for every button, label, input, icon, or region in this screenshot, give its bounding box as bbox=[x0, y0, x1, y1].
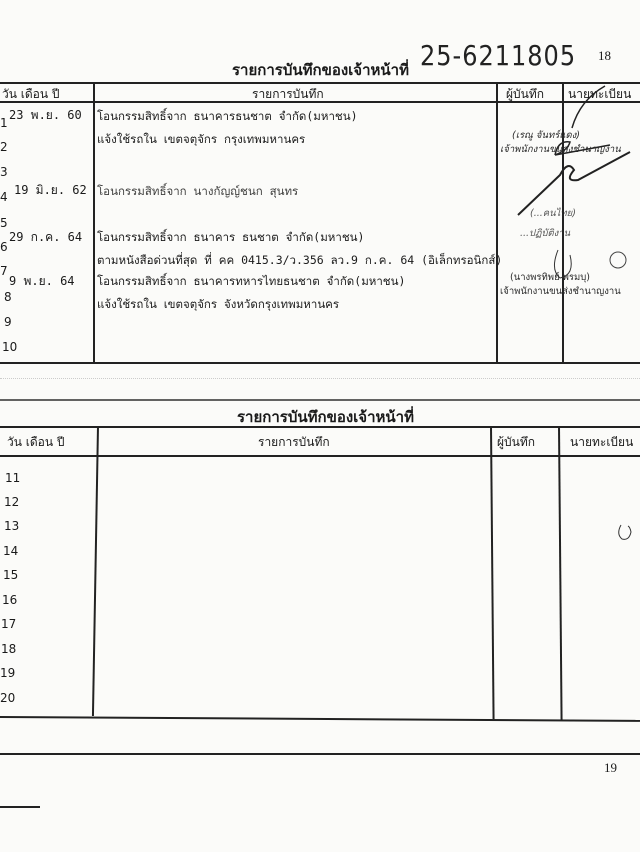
page-number: 18 bbox=[598, 48, 611, 64]
entry-line: โอนกรรมสิทธิ์จาก นางกัญญ์ชนก สุนทร bbox=[97, 183, 298, 201]
column-divider bbox=[558, 426, 562, 720]
row-number: 2 bbox=[0, 140, 8, 154]
signer-position: เจ้าพนักงานขนส่งชำนาญงาน bbox=[500, 142, 621, 157]
entry-date: 19 มิ.ย. 62 bbox=[14, 181, 87, 200]
row-number: 19 bbox=[0, 666, 15, 680]
row-number: 17 bbox=[1, 617, 16, 631]
pen-mark bbox=[615, 522, 635, 544]
handwritten-signatures bbox=[480, 70, 640, 300]
row-number: 14 bbox=[3, 544, 18, 558]
column-divider bbox=[92, 426, 99, 716]
column-divider bbox=[490, 426, 494, 719]
entry-date: 29 ก.ค. 64 bbox=[9, 228, 82, 247]
header-registrar: นายทะเบียน bbox=[570, 433, 633, 452]
handwritten-registration-number: 25-6211805 bbox=[420, 40, 576, 72]
entry-line: โอนกรรมสิทธิ์จาก ธนาคารธนชาต จำกัด(มหาชน… bbox=[97, 108, 358, 126]
header-entry: รายการบันทึก bbox=[252, 85, 324, 104]
entry-line: แจ้งใช้รถใน เขตจตุจักร จังหวัดกรุงเทพมหา… bbox=[97, 296, 339, 314]
scan-artifact bbox=[0, 378, 640, 379]
scan-artifact bbox=[0, 806, 40, 808]
row-number: 15 bbox=[3, 568, 18, 582]
entry-line: แจ้งใช้รถใน เขตจตุจักร กรุงเทพมหานคร bbox=[97, 131, 305, 149]
page-number: 19 bbox=[604, 760, 617, 776]
row-number: 18 bbox=[1, 642, 16, 656]
entry-line: ตามหนังสือด่วนที่สุด ที่ คค 0415.3/ว.356… bbox=[97, 252, 502, 270]
signer-position: เจ้าพนักงานขนส่งชำนาญงาน bbox=[500, 284, 621, 299]
entry-line: โอนกรรมสิทธิ์จาก ธนาคาร ธนชาต จำกัด(มหาช… bbox=[97, 229, 364, 247]
entry-date: 23 พ.ย. 60 bbox=[9, 106, 82, 125]
row-number: 7 bbox=[0, 264, 8, 278]
row-number: 10 bbox=[2, 340, 17, 354]
row-number: 6 bbox=[0, 240, 8, 254]
row-number: 9 bbox=[4, 315, 12, 329]
page-footer-rule bbox=[0, 753, 640, 755]
table-bottom-border bbox=[0, 716, 640, 722]
table-bottom-border bbox=[0, 362, 640, 364]
row-number: 13 bbox=[4, 519, 19, 533]
entry-line: โอนกรรมสิทธิ์จาก ธนาคารทหารไทยธนชาต จำกั… bbox=[97, 273, 405, 291]
header-date: วัน เดือน ปี bbox=[7, 433, 65, 452]
row-number: 20 bbox=[0, 691, 15, 705]
signer-name: (...คนไทย) bbox=[530, 206, 576, 221]
row-number: 4 bbox=[0, 190, 8, 204]
header-entry: รายการบันทึก bbox=[258, 433, 330, 452]
signer-position: ...ปฏิบัติงาน bbox=[520, 226, 570, 241]
row-number: 5 bbox=[0, 216, 8, 230]
row-number: 11 bbox=[5, 471, 20, 485]
header-date: วัน เดือน ปี bbox=[2, 85, 60, 104]
row-number: 12 bbox=[4, 495, 19, 509]
entry-date: 9 พ.ย. 64 bbox=[9, 272, 75, 291]
page-title: รายการบันทึกของเจ้าหน้าที่ bbox=[232, 58, 409, 82]
signer-name: (เรณู จันทร์แดง) bbox=[512, 128, 580, 143]
header-recorder: ผู้บันทึก bbox=[497, 433, 535, 452]
row-number: 8 bbox=[4, 290, 12, 304]
page-edge bbox=[0, 399, 640, 401]
row-number: 1 bbox=[0, 116, 8, 130]
row-number: 3 bbox=[0, 165, 8, 179]
column-divider bbox=[93, 82, 95, 363]
signer-name: (นางพรทิพย์ พรมบุ) bbox=[510, 270, 590, 285]
row-number: 16 bbox=[2, 593, 17, 607]
